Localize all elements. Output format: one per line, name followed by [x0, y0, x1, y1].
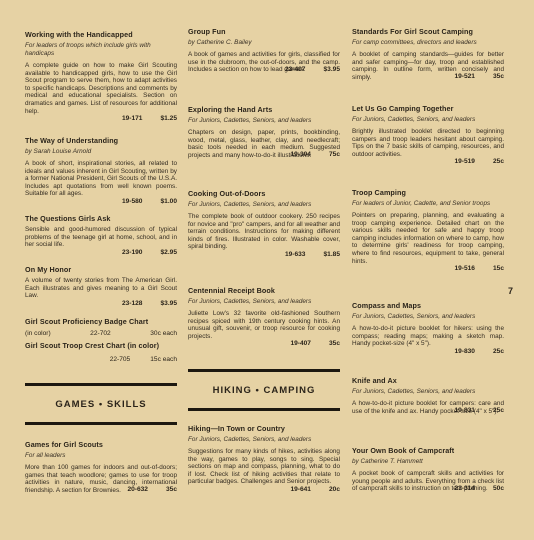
entry-description: Juliette Low's 32 favorite old-fashioned… [188, 310, 340, 340]
entry-description: Sensible and good-humored discussion of … [25, 226, 177, 249]
entry-title: Let Us Go Camping Together [352, 104, 504, 113]
catalog-entry: Troop Camping For leaders of Junior, Cad… [352, 188, 504, 273]
section-heading: GAMES • SKILLS [25, 386, 177, 422]
entry-title: Cooking Out-of-Doors [188, 189, 340, 198]
catalog-number: 19-831 [454, 407, 475, 415]
chart-title: Girl Scout Proficiency Badge Chart [25, 317, 177, 326]
chart-entry: Girl Scout Troop Crest Chart (in color) … [25, 341, 177, 364]
entry-price: 25c [493, 158, 504, 166]
entry-description: Suggestions for many kinds of hikes, act… [188, 448, 340, 486]
entry-audience: For camp committees, directors and leade… [352, 39, 504, 47]
entry-title: Compass and Maps [352, 301, 504, 310]
catalog-entry: Working with the Handicapped For leaders… [25, 30, 177, 123]
section-games-skills: GAMES • SKILLS [25, 383, 177, 425]
entry-audience: For Juniors, Cadettes, Seniors, and lead… [188, 436, 340, 444]
page-number: 7 [508, 286, 513, 296]
catalog-entry: Knife and Ax For Juniors, Cadettes, Seni… [352, 376, 504, 415]
section-hiking-camping: HIKING • CAMPING [188, 369, 340, 411]
catalog-entry: Exploring the Hand Arts For Juniors, Cad… [188, 105, 340, 159]
entry-order-info: 19-633 $1.85 [188, 251, 340, 259]
catalog-number: 19-304 [290, 151, 311, 159]
chart-note: (in color) [25, 329, 51, 338]
catalog-entry: On My Honor A volume of twenty stories f… [25, 265, 177, 308]
catalog-number: 19-830 [454, 348, 475, 356]
catalog-number: 19-171 [122, 115, 143, 123]
catalog-number: 22-705 [110, 355, 131, 364]
entry-price: 35c [166, 486, 177, 494]
entry-title: The Way of Understanding [25, 136, 177, 145]
catalog-number: 19-641 [290, 486, 311, 494]
section-rule [25, 422, 177, 425]
catalog-number: 19-519 [454, 158, 475, 166]
catalog-number: 19-516 [454, 265, 475, 273]
catalog-entry: Group Fun by Catherine C. Bailey A book … [188, 27, 340, 74]
entry-order-info: 23-128 $3.95 [25, 300, 177, 308]
entry-order-info: 19-641 20c [188, 486, 340, 494]
entry-audience: For leaders of Junior, Cadette, and Seni… [352, 200, 504, 208]
entry-description: Brightly illustrated booklet directed to… [352, 128, 504, 158]
entry-price: $2.95 [160, 249, 177, 257]
catalog-entry: The Questions Girls Ask Sensible and goo… [25, 214, 177, 257]
catalog-number: 20-632 [127, 486, 148, 494]
entry-audience: For Juniors, Cadettes, Seniors, and lead… [188, 298, 340, 306]
entry-description: A how-to-do-it picture booklet for hiker… [352, 325, 504, 348]
entry-price: 15c each [150, 355, 177, 364]
entry-author: by Catherine C. Bailey [188, 39, 340, 47]
entry-audience: For Juniors, Cadettes, Seniors, and lead… [352, 116, 504, 124]
entry-audience: For Juniors, Cadettes, Seniors, and lead… [352, 313, 504, 321]
catalog-entry: Games for Girl Scouts For all leaders Mo… [25, 440, 177, 494]
catalog-entry: Let Us Go Camping Together For Juniors, … [352, 104, 504, 166]
chart-order-info: 22-705 15c each [25, 355, 177, 364]
chart-title: Girl Scout Troop Crest Chart (in color) [25, 341, 177, 350]
entry-title: Exploring the Hand Arts [188, 105, 340, 114]
entry-price: $3.95 [323, 66, 340, 74]
entry-title: Centennial Receipt Book [188, 286, 340, 295]
entry-price: $1.25 [160, 115, 177, 123]
catalog-number: 19-580 [122, 198, 143, 206]
entry-order-info: 23-190 $2.95 [25, 249, 177, 257]
entry-audience: For Juniors, Cadettes, Seniors, and lead… [352, 388, 504, 396]
entry-description: A volume of twenty stories from The Amer… [25, 277, 177, 300]
entry-price: 15c [493, 265, 504, 273]
entry-description: A complete guide on how to make Girl Sco… [25, 62, 177, 115]
entry-title: The Questions Girls Ask [25, 214, 177, 223]
entry-price: $1.85 [323, 251, 340, 259]
entry-title: Games for Girl Scouts [25, 440, 177, 449]
catalog-entry: Cooking Out-of-Doors For Juniors, Cadett… [188, 189, 340, 259]
section-rule [188, 408, 340, 411]
entry-title: Troop Camping [352, 188, 504, 197]
entry-price: 25c [493, 407, 504, 415]
catalog-entry: Your Own Book of Campcraft by Catherine … [352, 446, 504, 493]
entry-price: $1.00 [160, 198, 177, 206]
catalog-entry: Compass and Maps For Juniors, Cadettes, … [352, 301, 504, 356]
entry-description: A book of short, inspirational stories, … [25, 160, 177, 198]
entry-description: A how-to-do-it picture booklet for campe… [352, 400, 504, 415]
catalog-number: 19-633 [285, 251, 306, 259]
entry-title: Your Own Book of Campcraft [352, 446, 504, 455]
catalog-number: 23-314 [454, 485, 475, 493]
catalog-entry: Hiking—In Town or Country For Juniors, C… [188, 424, 340, 494]
entry-price: 20c [329, 486, 340, 494]
entry-description: Pointers on preparing, planning, and eva… [352, 212, 504, 265]
entry-audience: For Juniors, Cadettes, Seniors, and lead… [188, 201, 340, 209]
entry-author: by Sarah Louise Arnold [25, 148, 177, 156]
entry-order-info: 19-580 $1.00 [25, 198, 177, 206]
entry-description: A pocket book of campcraft skills and ac… [352, 470, 504, 493]
chart-order-info: (in color) 22-702 30c each [25, 329, 177, 338]
entry-price: 25c [493, 348, 504, 356]
catalog-entry: Centennial Receipt Book For Juniors, Cad… [188, 286, 340, 348]
catalog-number: 19-521 [454, 73, 475, 81]
entry-audience: For leaders of troops which include girl… [25, 42, 177, 58]
entry-order-info: 19-171 $1.25 [25, 115, 177, 123]
entry-title: On My Honor [25, 265, 177, 274]
entry-audience: For all leaders [25, 452, 177, 460]
entry-order-info: 19-521 35c [352, 73, 504, 81]
entry-order-info: 19-519 25c [352, 158, 504, 166]
catalog-number: 23-128 [122, 300, 143, 308]
entry-order-info: 19-407 35c [188, 340, 340, 348]
entry-price: 35c [329, 340, 340, 348]
catalog-number: 23-407 [285, 66, 306, 74]
entry-price: 30c each [150, 329, 177, 338]
entry-order-info: 19-830 25c [352, 348, 504, 356]
catalog-number: 22-702 [90, 329, 111, 338]
catalog-entry: The Way of Understanding by Sarah Louise… [25, 136, 177, 206]
entry-price: 75c [329, 151, 340, 159]
entry-title: Standards For Girl Scout Camping [352, 27, 504, 36]
entry-title: Knife and Ax [352, 376, 504, 385]
chart-entry: Girl Scout Proficiency Badge Chart (in c… [25, 317, 177, 338]
entry-audience: For Juniors, Cadettes, Seniors, and lead… [188, 117, 340, 125]
entry-description: The complete book of outdoor cookery. 25… [188, 213, 340, 251]
entry-order-info: 19-516 15c [352, 265, 504, 273]
entry-price: $3.95 [160, 300, 177, 308]
catalog-entry: Standards For Girl Scout Camping For cam… [352, 27, 504, 81]
section-heading: HIKING • CAMPING [188, 372, 340, 408]
entry-price: 35c [493, 73, 504, 81]
entry-author: by Catherine T. Hammett [352, 458, 504, 466]
catalog-number: 23-190 [122, 249, 143, 257]
catalog-number: 19-407 [290, 340, 311, 348]
entry-title: Working with the Handicapped [25, 30, 177, 39]
entry-price: 50c [493, 485, 504, 493]
entry-title: Hiking—In Town or Country [188, 424, 340, 433]
entry-title: Group Fun [188, 27, 340, 36]
